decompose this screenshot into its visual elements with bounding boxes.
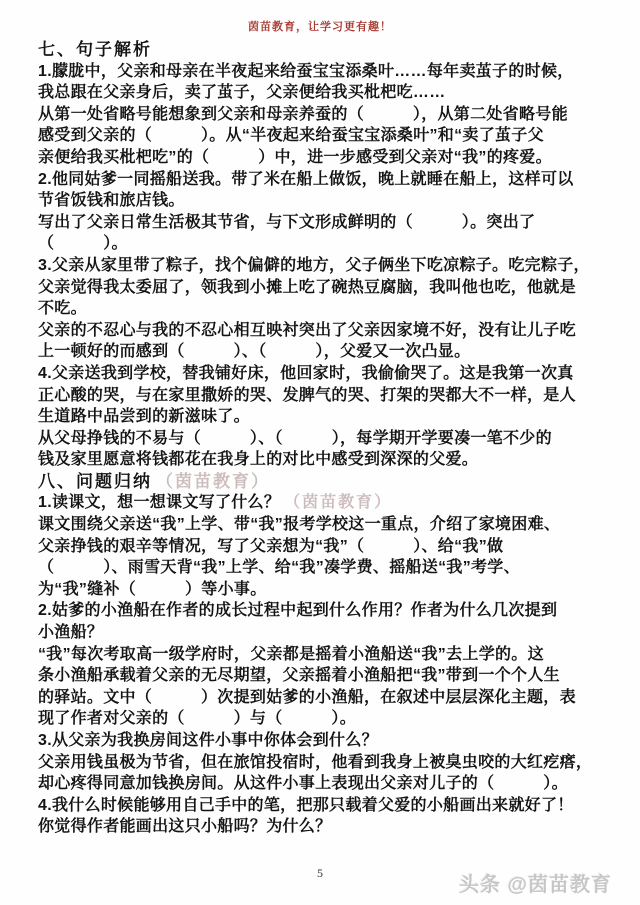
line-text: 感受到父亲的（ ）。从“半夜起来给蚕宝宝添桑叶”和“卖了茧子父 — [38, 127, 544, 144]
text-line: 2.他同姑爹一同摇船送我。带了米在船上做饭，晚上就睡在船上，这样可以 — [38, 169, 612, 191]
line-text: 课文围绕父亲送“我”上学、带“我”报考学校这一重点，介绍了家境困难、 — [38, 516, 560, 533]
line-text: 上一顿好的而感到（ ）、（ ），父爱又一次凸显。 — [38, 343, 470, 360]
text-line: （ ）、雨雪天背“我”上学、给“我”凑学费、摇船送“我”考学、 — [38, 557, 612, 579]
text-line: 父亲觉得我太委屈了，领我到小摊上吃了碗热豆腐脑，我叫他也吃，他就是 — [38, 277, 612, 299]
text-line: 现了作者对父亲的（ ）与（ ）。 — [38, 708, 612, 730]
line-text: 我总跟在父亲身后，卖了茧子，父亲便给我买枇杷吃…… — [38, 84, 446, 101]
line-text: 节省饭钱和旅店钱。 — [38, 192, 185, 209]
line-text: 七、句子解析 — [38, 40, 152, 59]
section-heading: 八、问题归纳（茵苗教育） — [38, 471, 612, 493]
text-line: 节省饭钱和旅店钱。 — [38, 190, 612, 212]
line-text: 4.我什么时候能够用自己手中的笔，把那只载着父爱的小船画出来就好了！ — [38, 797, 574, 814]
line-text: 2.姑爹的小渔船在作者的成长过程中起到什么作用？作者为什么几次提到 — [38, 602, 557, 619]
line-text: 八、问题归纳 — [38, 472, 152, 491]
line-text: 4.父亲送我到学校，替我铺好床，他回家时，我偷偷哭了。这是我第一次真 — [38, 365, 574, 382]
text-line: （ ）。 — [38, 233, 612, 255]
line-text: （ ）。 — [38, 235, 128, 252]
line-text: 却心疼得同意加钱换房间。从这件小事上表现出父亲对儿子的（ ）。 — [38, 775, 568, 792]
line-text: “我”每次考取高一级学府时，父亲都是摇着小渔船送“我”去上学的。这 — [38, 646, 544, 663]
text-line: 4.父亲送我到学校，替我铺好床，他回家时，我偷偷哭了。这是我第一次真 — [38, 363, 612, 385]
line-text: （ ）、雨雪天背“我”上学、给“我”凑学费、摇船送“我”考学、 — [38, 559, 520, 576]
text-line: 亲便给我买枇杷吃”的（ ）中，进一步感受到父亲对“我”的疼爱。 — [38, 147, 612, 169]
text-line: 却心疼得同意加钱换房间。从这件小事上表现出父亲对儿子的（ ）。 — [38, 773, 612, 795]
line-text: 3.父亲从家里带了粽子，找个偏僻的地方，父子俩坐下吃凉粽子。吃完粽子， — [38, 257, 590, 274]
text-line: 父亲用钱虽极为节省，但在旅馆投宿时，他看到我身上被臭虫咬的大红疙瘩， — [38, 752, 612, 774]
line-text: 钱及家里愿意将钱都花在我身上的对比中感受到深深的父爱。 — [38, 451, 478, 468]
line-text: 3.从父亲为我换房间这件小事中你体会到什么？ — [38, 732, 378, 749]
line-text: 不吃。 — [38, 300, 87, 317]
text-line: 从父母挣钱的不易与（ ）、（ ），每学期开学要凑一笔不少的 — [38, 428, 612, 450]
inline-watermark: （茵苗教育） — [284, 494, 392, 511]
line-text: 从父母挣钱的不易与（ ）、（ ），每学期开学要凑一笔不少的 — [38, 430, 552, 447]
toutiao-watermark: 头条 @茵苗教育 — [459, 868, 612, 897]
line-text: 1.读课文，想一想课文写了什么？ — [38, 494, 280, 511]
text-line: 我总跟在父亲身后，卖了茧子，父亲便给我买枇杷吃…… — [38, 82, 612, 104]
inline-watermark: （茵苗教育） — [156, 472, 270, 491]
text-line: 课文围绕父亲送“我”上学、带“我”报考学校这一重点，介绍了家境困难、 — [38, 514, 612, 536]
line-text: 父亲挣钱的艰辛等情况，写了父亲想为“我”（ ）、给“我”做 — [38, 538, 503, 555]
line-text: 小渔船？ — [38, 624, 103, 641]
section-heading: 七、句子解析 — [38, 39, 612, 61]
text-line: 从第一处省略号能想象到父亲和母亲养蚕的（ ），从第二处省略号能 — [38, 104, 612, 126]
text-line: 小渔船？ — [38, 622, 612, 644]
text-line: 正心酸的哭，与在家里撒娇的哭、发脾气的哭、打架的哭都大不一样，是人 — [38, 385, 612, 407]
text-line: 4.我什么时候能够用自己手中的笔，把那只载着父爱的小船画出来就好了！ — [38, 795, 612, 817]
text-line: 为“我”缝补（ ）等小事。 — [38, 579, 612, 601]
text-line: 生道路中品尝到的新滋味了。 — [38, 406, 612, 428]
line-text: 父亲的不忍心与我的不忍心相互映衬突出了父亲因家境不好，没有让儿子吃 — [38, 322, 576, 339]
text-line: 2.姑爹的小渔船在作者的成长过程中起到什么作用？作者为什么几次提到 — [38, 600, 612, 622]
text-line: 1.读课文，想一想课文写了什么？（茵苗教育） — [38, 492, 612, 514]
line-text: 从第一处省略号能想象到父亲和母亲养蚕的（ ），从第二处省略号能 — [38, 106, 568, 123]
text-line: 你觉得作者能画出这只小船吗？为什么？ — [38, 816, 612, 838]
text-line: 3.父亲从家里带了粽子，找个偏僻的地方，父子俩坐下吃凉粽子。吃完粽子， — [38, 255, 612, 277]
line-text: 现了作者对父亲的（ ）与（ ）。 — [38, 710, 356, 727]
text-line: “我”每次考取高一级学府时，父亲都是摇着小渔船送“我”去上学的。这 — [38, 644, 612, 666]
line-text: 你觉得作者能画出这只小船吗？为什么？ — [38, 818, 331, 835]
text-line: 钱及家里愿意将钱都花在我身上的对比中感受到深深的父爱。 — [38, 449, 612, 471]
line-text: 父亲觉得我太委屈了，领我到小摊上吃了碗热豆腐脑，我叫他也吃，他就是 — [38, 279, 576, 296]
text-line: 3.从父亲为我换房间这件小事中你体会到什么？ — [38, 730, 612, 752]
text-line: 父亲的不忍心与我的不忍心相互映衬突出了父亲因家境不好，没有让儿子吃 — [38, 320, 612, 342]
text-line: 父亲挣钱的艰辛等情况，写了父亲想为“我”（ ）、给“我”做 — [38, 536, 612, 558]
line-text: 生道路中品尝到的新滋味了。 — [38, 408, 250, 425]
worksheet-content: 七、句子解析1.朦胧中，父亲和母亲在半夜起来给蚕宝宝添桑叶……每年卖茧子的时候，… — [38, 39, 612, 838]
line-text: 亲便给我买枇杷吃”的（ ）中，进一步感受到父亲对“我”的疼爱。 — [38, 149, 552, 166]
line-text: 条小渔船承载着父亲的无尽期望，父亲摇着小渔船把“我”带到一个个人生 — [38, 667, 560, 684]
text-line: 上一顿好的而感到（ ）、（ ），父爱又一次凸显。 — [38, 341, 612, 363]
text-line: 条小渔船承载着父亲的无尽期望，父亲摇着小渔船把“我”带到一个个人生 — [38, 665, 612, 687]
text-line: 的驿站。文中（ ）次提到姑爹的小渔船，在叙述中层层深化主题，表 — [38, 687, 612, 709]
text-line: 1.朦胧中，父亲和母亲在半夜起来给蚕宝宝添桑叶……每年卖茧子的时候， — [38, 61, 612, 83]
line-text: 1.朦胧中，父亲和母亲在半夜起来给蚕宝宝添桑叶……每年卖茧子的时候， — [38, 63, 574, 80]
page-header-slogan: 茵苗教育，让学习更有趣！ — [0, 18, 640, 34]
text-line: 感受到父亲的（ ）。从“半夜起来给蚕宝宝添桑叶”和“卖了茧子父 — [38, 125, 612, 147]
line-text: 为“我”缝补（ ）等小事。 — [38, 581, 267, 598]
line-text: 2.他同姑爹一同摇船送我。带了米在船上做饭，晚上就睡在船上，这样可以 — [38, 171, 574, 188]
line-text: 写出了父亲日常生活极其节省，与下文形成鲜明的（ ）。突出了 — [38, 214, 535, 231]
line-text: 正心酸的哭，与在家里撒娇的哭、发脾气的哭、打架的哭都大不一样，是人 — [38, 387, 576, 404]
text-line: 写出了父亲日常生活极其节省，与下文形成鲜明的（ ）。突出了 — [38, 212, 612, 234]
worksheet-page: 茵苗教育，让学习更有趣！ 七、句子解析1.朦胧中，父亲和母亲在半夜起来给蚕宝宝添… — [0, 0, 640, 905]
text-line: 不吃。 — [38, 298, 612, 320]
line-text: 父亲用钱虽极为节省，但在旅馆投宿时，他看到我身上被臭虫咬的大红疙瘩， — [38, 754, 592, 771]
line-text: 的驿站。文中（ ）次提到姑爹的小渔船，在叙述中层层深化主题，表 — [38, 689, 576, 706]
